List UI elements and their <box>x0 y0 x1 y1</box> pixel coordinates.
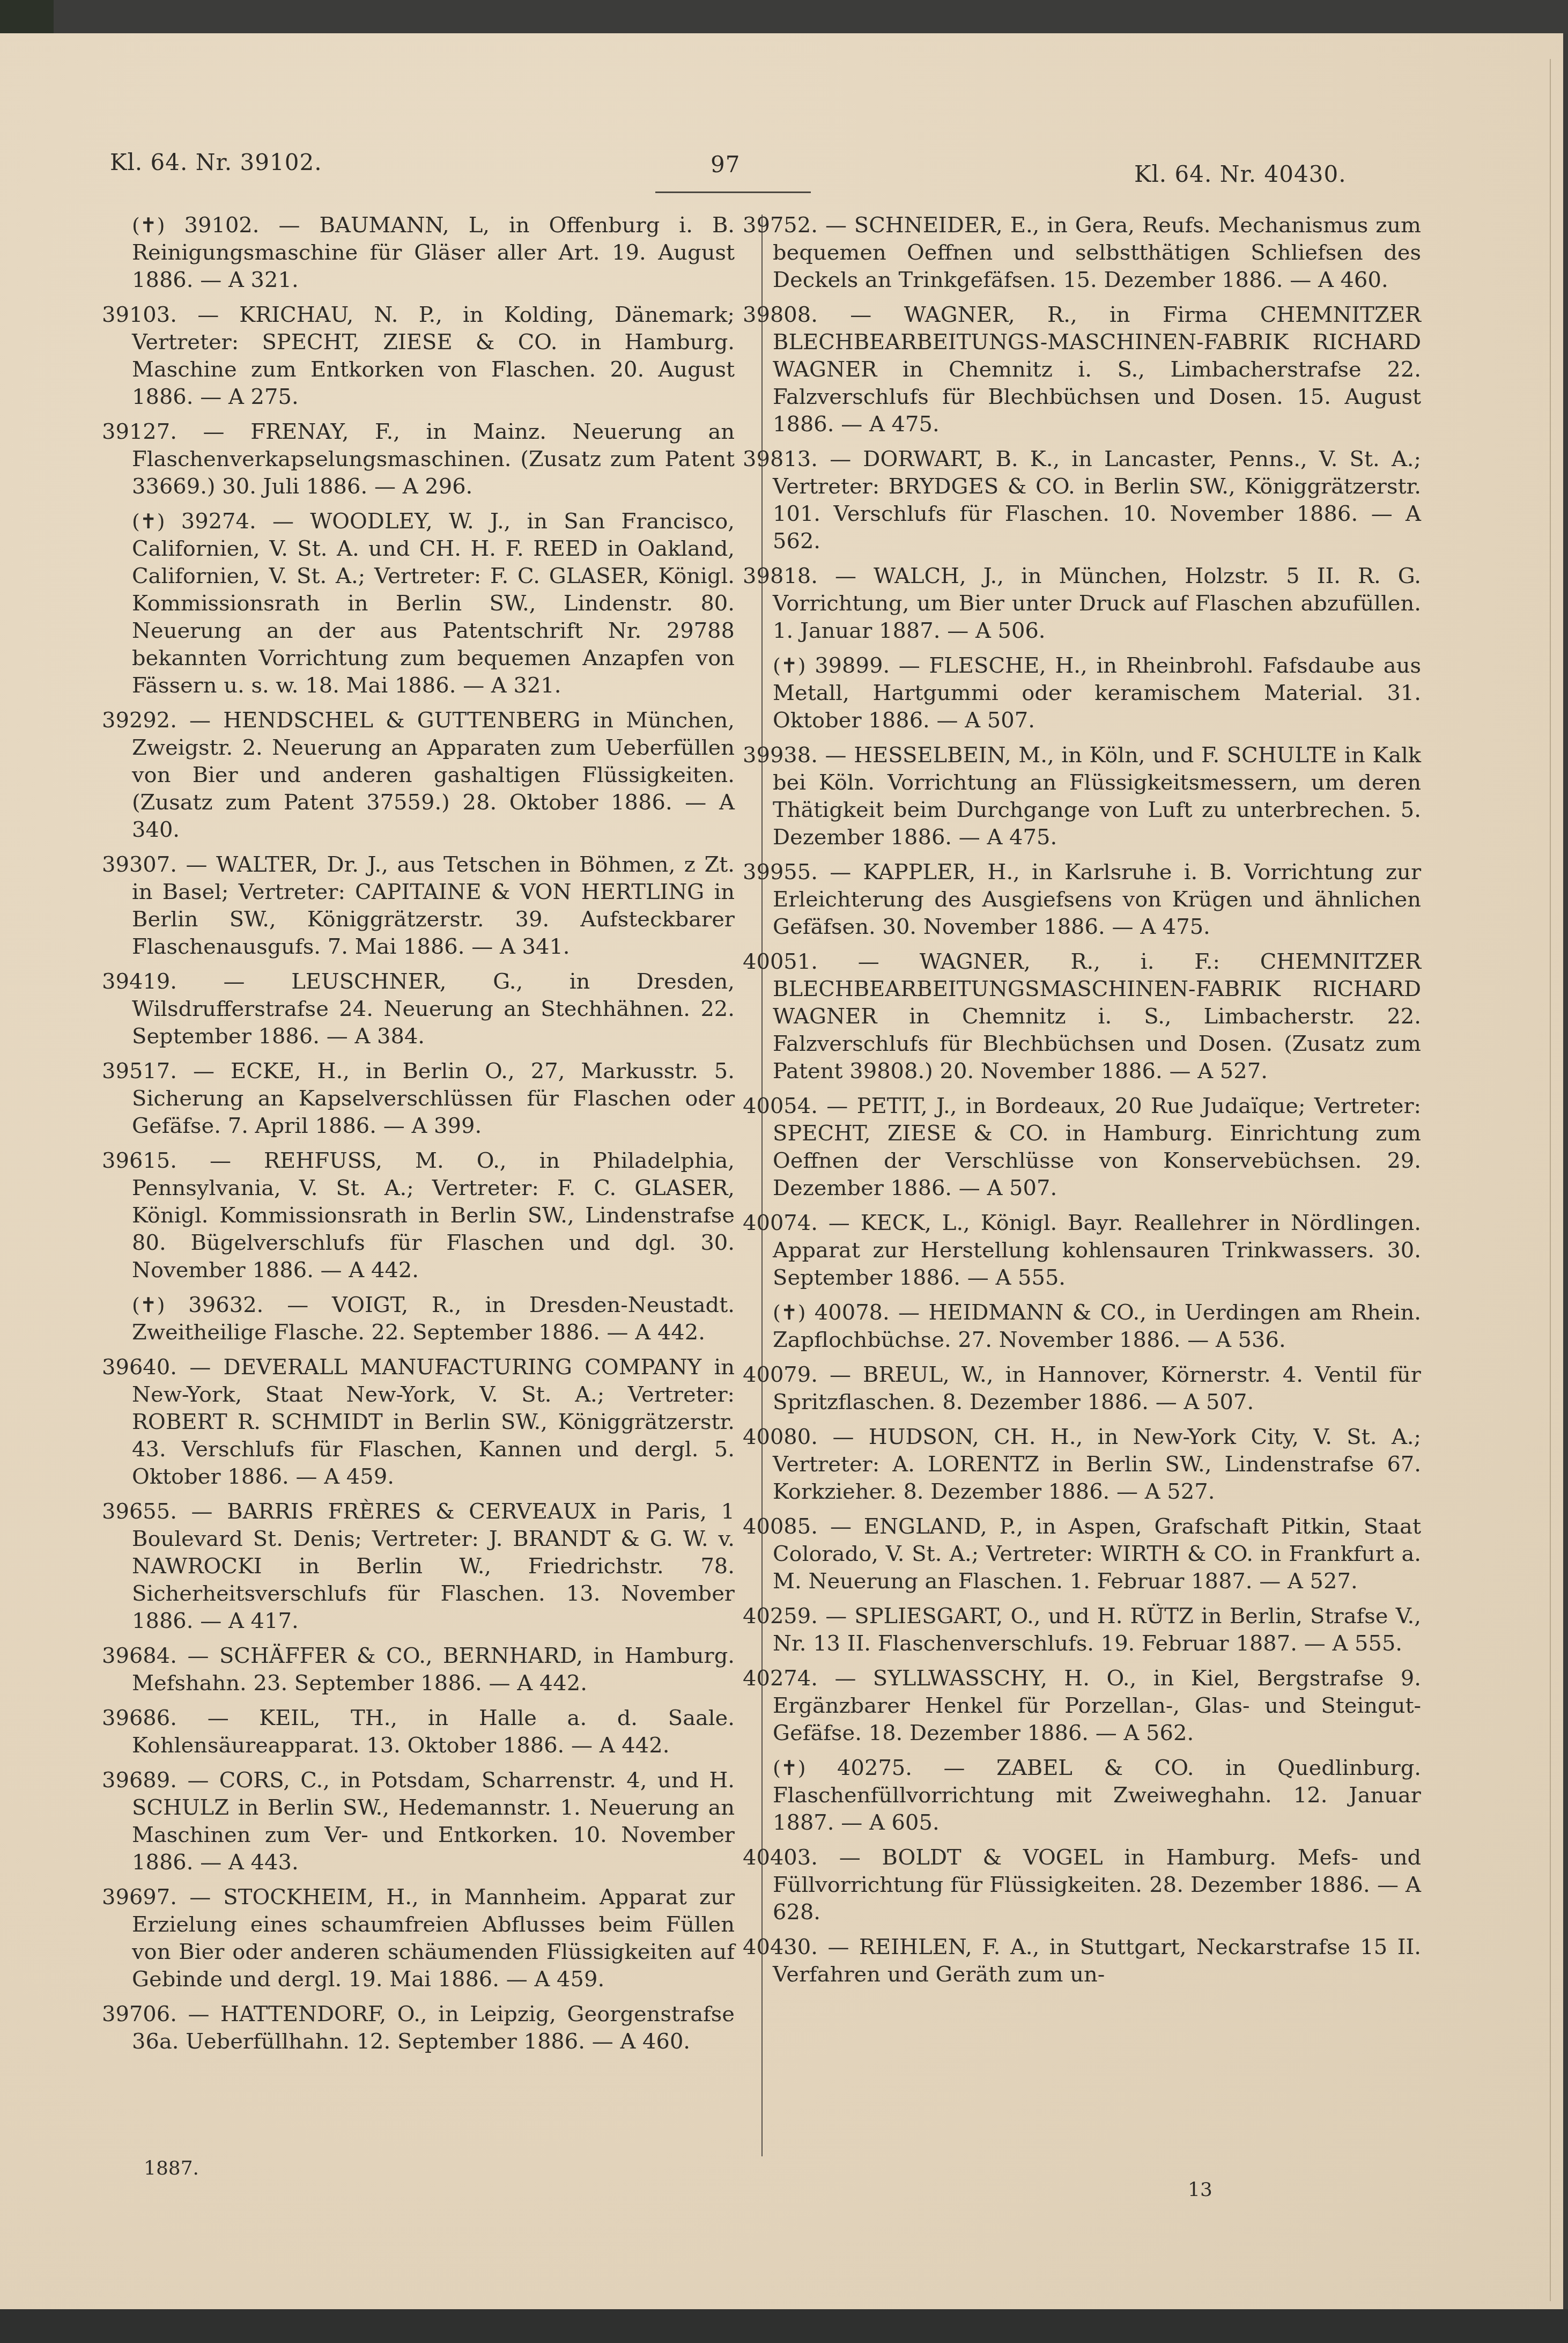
patent-text: — SYLLWASSCHY, H. O., in Kiel, Bergstraf… <box>773 1666 1421 1745</box>
patent-entry: 39689. — CORS, C., in Potsdam, Scharrens… <box>102 1767 735 1876</box>
page-number-underline <box>655 191 811 193</box>
patent-text: — BREUL, W., in Hannover, Körnerstr. 4. … <box>773 1362 1421 1414</box>
patent-entry: (✝) 40078. — HEIDMANN & CO., in Uerdinge… <box>743 1299 1421 1354</box>
patent-entry: 39955. — KAPPLER, H., in Karlsruhe i. B.… <box>743 859 1421 941</box>
patent-text: — KEIL, TH., in Halle a. d. Saale. Kohle… <box>132 1706 735 1758</box>
patent-entry: 39813. — DORWART, B. K., in Lancaster, P… <box>743 446 1421 555</box>
patent-number: 39938. <box>743 743 818 768</box>
patent-text: — SPLIESGART, O., und H. RÜTZ in Berlin,… <box>773 1604 1421 1656</box>
dagger-icon: (✝) <box>132 510 165 533</box>
patent-text: — LEUSCHNER, G., in Dresden, Wilsdruffer… <box>132 969 735 1049</box>
patent-text: — REIHLEN, F. A., in Stuttgart, Neckarst… <box>773 1935 1421 1987</box>
patent-entry: 39686. — KEIL, TH., in Halle a. d. Saale… <box>102 1705 735 1759</box>
patent-entry: 39655. — BARRIS FRÈRES & CERVEAUX in Par… <box>102 1498 735 1635</box>
dagger-icon: (✝) <box>132 213 165 237</box>
patent-text: — WOODLEY, W. J., in San Francisco, Cali… <box>132 509 735 698</box>
patent-text: — HATTENDORF, O., in Leipzig, Georgenstr… <box>132 2002 735 2054</box>
patent-text: — KECK, L., Königl. Bayr. Reallehrer in … <box>773 1211 1421 1290</box>
patent-entry: (✝) 39632. — VOIGT, R., in Dresden-Neust… <box>102 1292 735 1346</box>
patent-text: — BOLDT & VOGEL in Hamburg. Mefs- und Fü… <box>773 1845 1421 1925</box>
patent-entry: 39615. — REHFUSS, M. O., in Philadelphia… <box>102 1147 735 1284</box>
patent-text: — KAPPLER, H., in Karlsruhe i. B. Vorric… <box>773 860 1421 939</box>
patent-number: 40430. <box>743 1935 818 1959</box>
patent-entry: 39752. — SCHNEIDER, E., in Gera, Reufs. … <box>743 212 1421 294</box>
patent-entry: (✝) 40275. — ZABEL & CO. in Quedlinburg.… <box>743 1755 1421 1837</box>
patent-text: — WAGNER, R., i. F.: CHEMNITZER BLECHBEA… <box>773 949 1421 1084</box>
patent-number: 40079. <box>743 1362 818 1387</box>
dagger-icon: (✝) <box>773 1756 806 1780</box>
patent-entry: 39640. — DEVERALL MANUFACTURING COMPANY … <box>102 1354 735 1491</box>
patent-entry: 39517. — ECKE, H., in Berlin O., 27, Mar… <box>102 1058 735 1140</box>
patent-text: — DEVERALL MANUFACTURING COMPANY in New-… <box>132 1355 735 1489</box>
patent-number: 39697. <box>102 1885 177 1910</box>
patent-text: — KRICHAU, N. P., in Kolding, Dänemark; … <box>132 303 735 409</box>
patent-text: — STOCKHEIM, H., in Mannheim. Apparat zu… <box>132 1885 735 1992</box>
patent-number: 39684. <box>102 1644 177 1668</box>
patent-entry: 40430. — REIHLEN, F. A., in Stuttgart, N… <box>743 1934 1421 1988</box>
patent-number: 39292. <box>102 708 177 733</box>
patent-text: — FRENAY, F., in Mainz. Neuerung an Flas… <box>132 419 735 499</box>
patent-text: — ECKE, H., in Berlin O., 27, Markusstr.… <box>132 1059 735 1138</box>
patent-number: 40403. <box>743 1845 818 1870</box>
patent-entry: 39127. — FRENAY, F., in Mainz. Neuerung … <box>102 418 735 500</box>
page-number: 97 <box>711 151 740 178</box>
patent-number: 39655. <box>102 1499 177 1524</box>
right-column: 39752. — SCHNEIDER, E., in Gera, Reufs. … <box>743 212 1421 1996</box>
patent-text: — SCHNEIDER, E., in Gera, Reufs. Mechani… <box>773 213 1421 292</box>
patent-number: 39632. <box>188 1293 263 1317</box>
scan-background-top <box>0 0 1568 33</box>
patent-entry: 39706. — HATTENDORF, O., in Leipzig, Geo… <box>102 2001 735 2055</box>
patent-number: 39103. <box>102 303 177 327</box>
scan-background-corner <box>0 0 54 33</box>
patent-text: — BARRIS FRÈRES & CERVEAUX in Paris, 1 B… <box>132 1499 735 1633</box>
running-header-right: Kl. 64. Nr. 40430. <box>1134 161 1347 187</box>
footer-year: 1887. <box>144 2157 199 2179</box>
patent-entry: 39697. — STOCKHEIM, H., in Mannheim. App… <box>102 1884 735 1993</box>
patent-number: 39517. <box>102 1059 177 1084</box>
patent-text: — HUDSON, CH. H., in New-York City, V. S… <box>773 1425 1421 1504</box>
patent-entry: 39307. — WALTER, Dr. J., aus Tetschen in… <box>102 851 735 961</box>
patent-entry: (✝) 39899. — FLESCHE, H., in Rheinbrohl.… <box>743 652 1421 734</box>
patent-entry: 39103. — KRICHAU, N. P., in Kolding, Dän… <box>102 301 735 411</box>
patent-number: 39686. <box>102 1706 177 1730</box>
patent-number: 39127. <box>102 419 177 444</box>
patent-number: 40054. <box>743 1094 818 1118</box>
patent-entry: (✝) 39102. — BAUMANN, L, in Offenburg i.… <box>102 212 735 294</box>
patent-number: 39752. <box>743 213 818 238</box>
patent-number: 39955. <box>743 860 818 885</box>
patent-text: — WAGNER, R., in Firma CHEMNITZER BLECHB… <box>773 303 1421 437</box>
patent-text: — PETIT, J., in Bordeaux, 20 Rue Judaïqu… <box>773 1094 1421 1200</box>
patent-text: — HESSELBEIN, M., in Köln, und F. SCHULT… <box>773 743 1421 850</box>
patent-entry: (✝) 39274. — WOODLEY, W. J., in San Fran… <box>102 508 735 699</box>
patent-number: 39102. <box>184 213 260 238</box>
patent-text: — HENDSCHEL & GUTTENBERG in München, Zwe… <box>132 708 735 842</box>
patent-entry: 39292. — HENDSCHEL & GUTTENBERG in Münch… <box>102 707 735 844</box>
patent-number: 40051. <box>743 949 818 974</box>
patent-text: — SCHÄFFER & CO., BERNHARD, in Hamburg. … <box>132 1644 735 1696</box>
patent-number: 39813. <box>743 447 818 471</box>
patent-entry: 40079. — BREUL, W., in Hannover, Körners… <box>743 1361 1421 1416</box>
patent-number: 39274. <box>181 509 256 534</box>
patent-entry: 39684. — SCHÄFFER & CO., BERNHARD, in Ha… <box>102 1642 735 1697</box>
patent-number: 40080. <box>743 1425 818 1449</box>
patent-number: 39899. <box>815 653 890 678</box>
patent-number: 40085. <box>743 1514 818 1539</box>
patent-text: — DORWART, B. K., in Lancaster, Penns., … <box>773 447 1421 554</box>
patent-number: 39419. <box>102 969 177 994</box>
left-column: (✝) 39102. — BAUMANN, L, in Offenburg i.… <box>102 212 735 2063</box>
patent-number: 39706. <box>102 2002 177 2027</box>
patent-entry: 39938. — HESSELBEIN, M., in Köln, und F.… <box>743 742 1421 851</box>
patent-entry: 40074. — KECK, L., Königl. Bayr. Realleh… <box>743 1210 1421 1292</box>
patent-number: 39640. <box>102 1355 177 1380</box>
patent-number: 39689. <box>102 1768 177 1793</box>
patent-number: 40275. <box>837 1756 912 1780</box>
patent-text: — WALTER, Dr. J., aus Tetschen in Böhmen… <box>132 852 735 959</box>
patent-entry: 40054. — PETIT, J., in Bordeaux, 20 Rue … <box>743 1093 1421 1202</box>
dagger-icon: (✝) <box>773 654 806 677</box>
patent-entry: 39808. — WAGNER, R., in Firma CHEMNITZER… <box>743 301 1421 438</box>
patent-number: 39615. <box>102 1148 177 1173</box>
page-margin-rule <box>1550 59 1551 2301</box>
patent-number: 40078. <box>815 1300 890 1325</box>
patent-entry: 39419. — LEUSCHNER, G., in Dresden, Wils… <box>102 968 735 1050</box>
patent-entry: 39818. — WALCH, J., in München, Holzstr.… <box>743 563 1421 645</box>
dagger-icon: (✝) <box>132 1293 165 1317</box>
patent-text: — ENGLAND, P., in Aspen, Grafschaft Pitk… <box>773 1514 1421 1594</box>
scan-background-bottom <box>0 2309 1568 2343</box>
patent-entry: 40085. — ENGLAND, P., in Aspen, Grafscha… <box>743 1513 1421 1595</box>
patent-number: 39808. <box>743 303 818 327</box>
patent-text: — CORS, C., in Potsdam, Scharrenstr. 4, … <box>132 1768 735 1875</box>
patent-number: 40274. <box>743 1666 818 1691</box>
patent-number: 40259. <box>743 1604 818 1629</box>
patent-entry: 40403. — BOLDT & VOGEL in Hamburg. Mefs-… <box>743 1844 1421 1926</box>
patent-entry: 40274. — SYLLWASSCHY, H. O., in Kiel, Be… <box>743 1665 1421 1747</box>
running-header-left: Kl. 64. Nr. 39102. <box>110 149 322 175</box>
patent-text: — REHFUSS, M. O., in Philadelphia, Penns… <box>132 1148 735 1283</box>
dagger-icon: (✝) <box>773 1301 806 1324</box>
patent-number: 39307. <box>102 852 177 877</box>
page-edge <box>1563 33 1568 2309</box>
patent-number: 40074. <box>743 1211 818 1235</box>
patent-entry: 40051. — WAGNER, R., i. F.: CHEMNITZER B… <box>743 948 1421 1085</box>
signature-mark: 13 <box>1188 2179 1212 2201</box>
patent-number: 39818. <box>743 564 818 588</box>
patent-entry: 40080. — HUDSON, CH. H., in New-York Cit… <box>743 1424 1421 1506</box>
patent-text: — WALCH, J., in München, Holzstr. 5 II. … <box>773 564 1421 643</box>
patent-entry: 40259. — SPLIESGART, O., und H. RÜTZ in … <box>743 1603 1421 1657</box>
